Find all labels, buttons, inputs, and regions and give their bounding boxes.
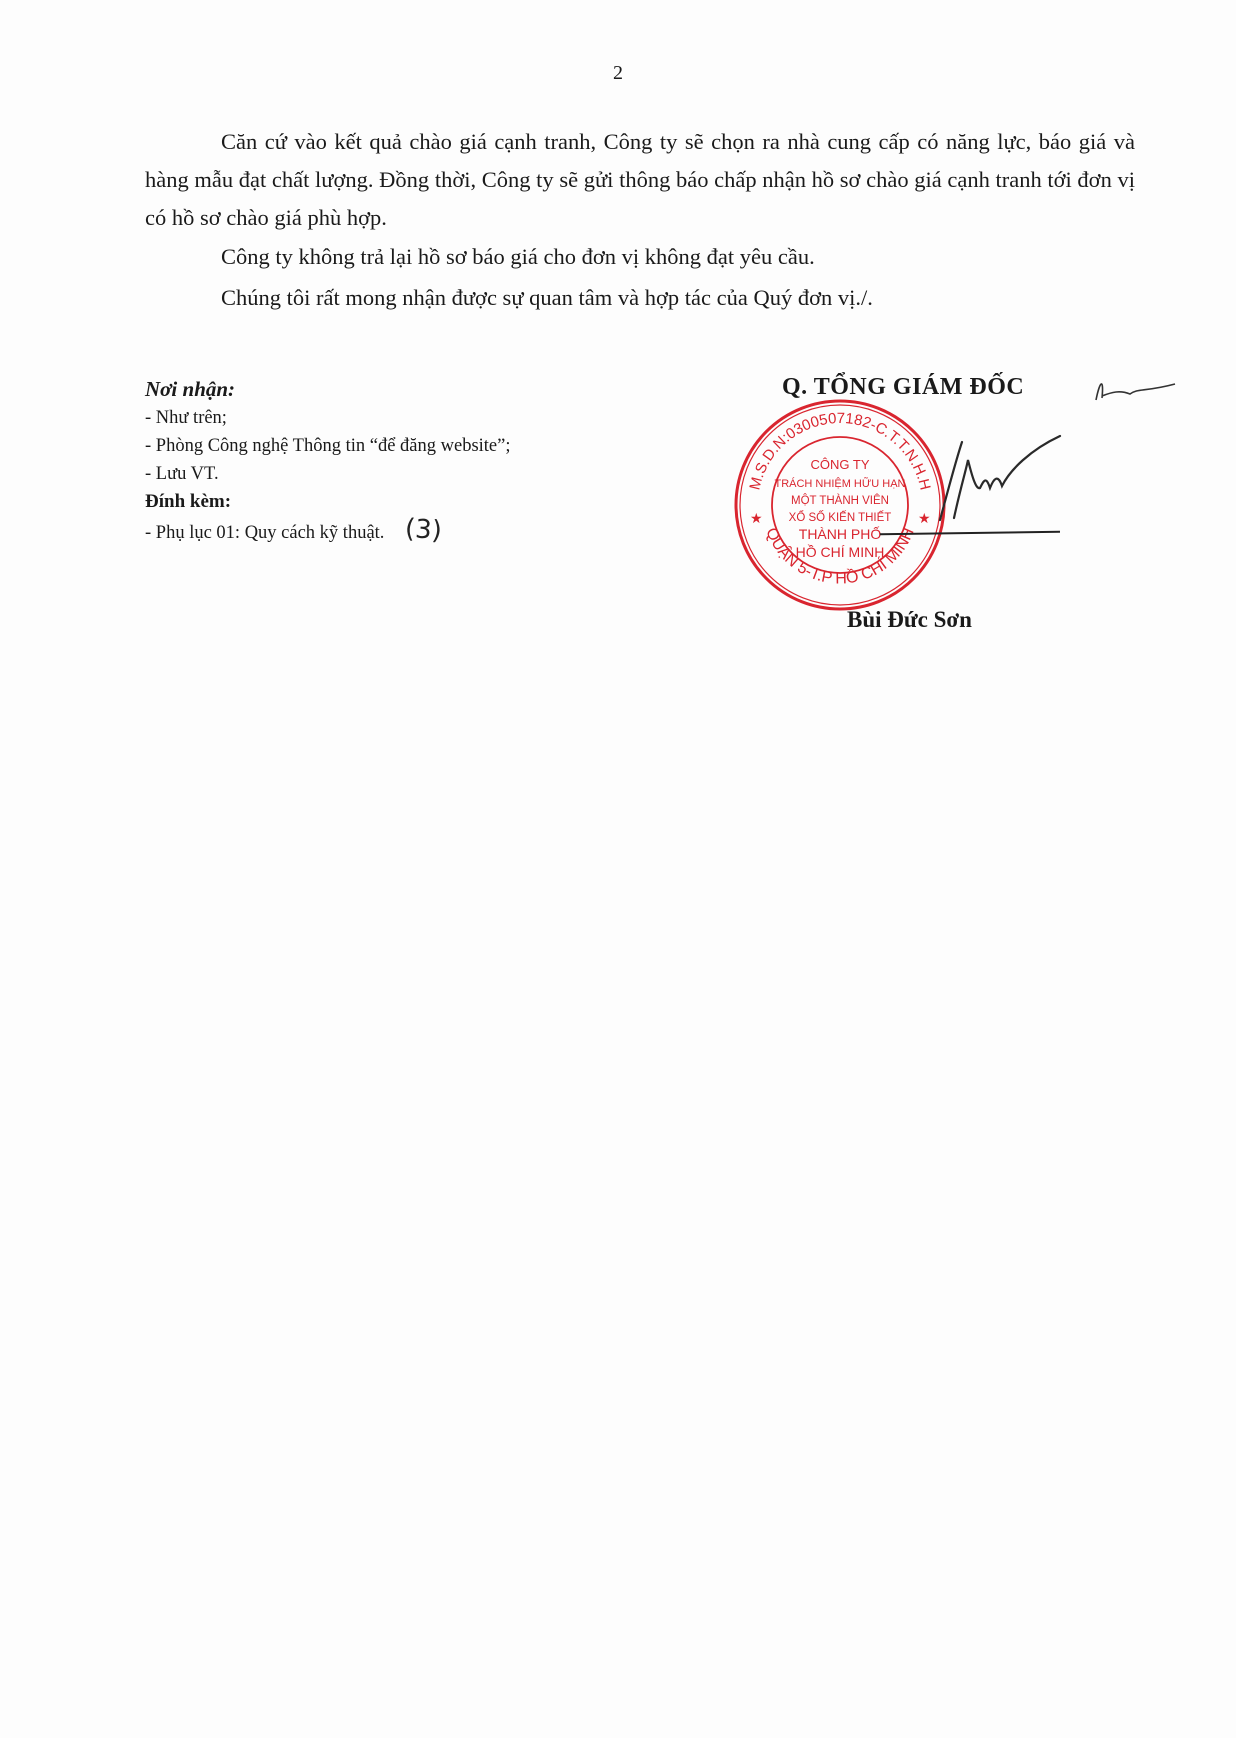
paragraph-no-return: Công ty không trả lại hồ sơ báo giá cho … — [145, 238, 1135, 276]
recipient-item: - Phòng Công nghệ Thông tin “để đăng web… — [145, 432, 511, 460]
recipients-block: Nơi nhận: - Như trên; - Phòng Công nghệ … — [145, 374, 511, 547]
paragraph-closing: Chúng tôi rất mong nhận được sự quan tâm… — [145, 279, 1135, 317]
signer-name: Bùi Đức Sơn — [847, 607, 972, 633]
svg-text:TRÁCH NHIỆM HỮU HẠN: TRÁCH NHIỆM HỮU HẠN — [774, 477, 905, 490]
company-seal-icon: M.S.D.N:0300507182-C.T.T.N.H.H QUẬN 5-T.… — [730, 395, 950, 615]
initials-scribble-icon — [1090, 370, 1180, 410]
page-number: 2 — [0, 62, 1236, 85]
attachments-heading: Đính kèm: — [145, 488, 511, 516]
handwritten-note: (3) — [404, 515, 443, 546]
svg-text:HỒ CHÍ MINH: HỒ CHÍ MINH — [796, 543, 885, 560]
svg-text:MỘT THÀNH VIÊN: MỘT THÀNH VIÊN — [791, 494, 889, 507]
recipients-heading: Nơi nhận: — [145, 374, 511, 404]
svg-text:CÔNG TY: CÔNG TY — [811, 457, 870, 472]
svg-text:★: ★ — [750, 512, 763, 527]
attachment-label: - Phụ lục 01: Quy cách kỹ thuật. — [145, 523, 384, 543]
svg-text:XỔ SỐ KIẾN THIẾT: XỔ SỐ KIẾN THIẾT — [789, 510, 892, 524]
recipient-item: - Lưu VT. — [145, 460, 511, 488]
svg-text:THÀNH PHỐ: THÀNH PHỐ — [799, 525, 882, 542]
paragraph-selection-criteria: Căn cứ vào kết quả chào giá cạnh tranh, … — [145, 123, 1135, 237]
signature-scribble-icon — [920, 430, 1070, 530]
attachment-item: - Phụ lục 01: Quy cách kỹ thuật. (3) — [145, 516, 511, 547]
recipient-item: - Như trên; — [145, 404, 511, 432]
